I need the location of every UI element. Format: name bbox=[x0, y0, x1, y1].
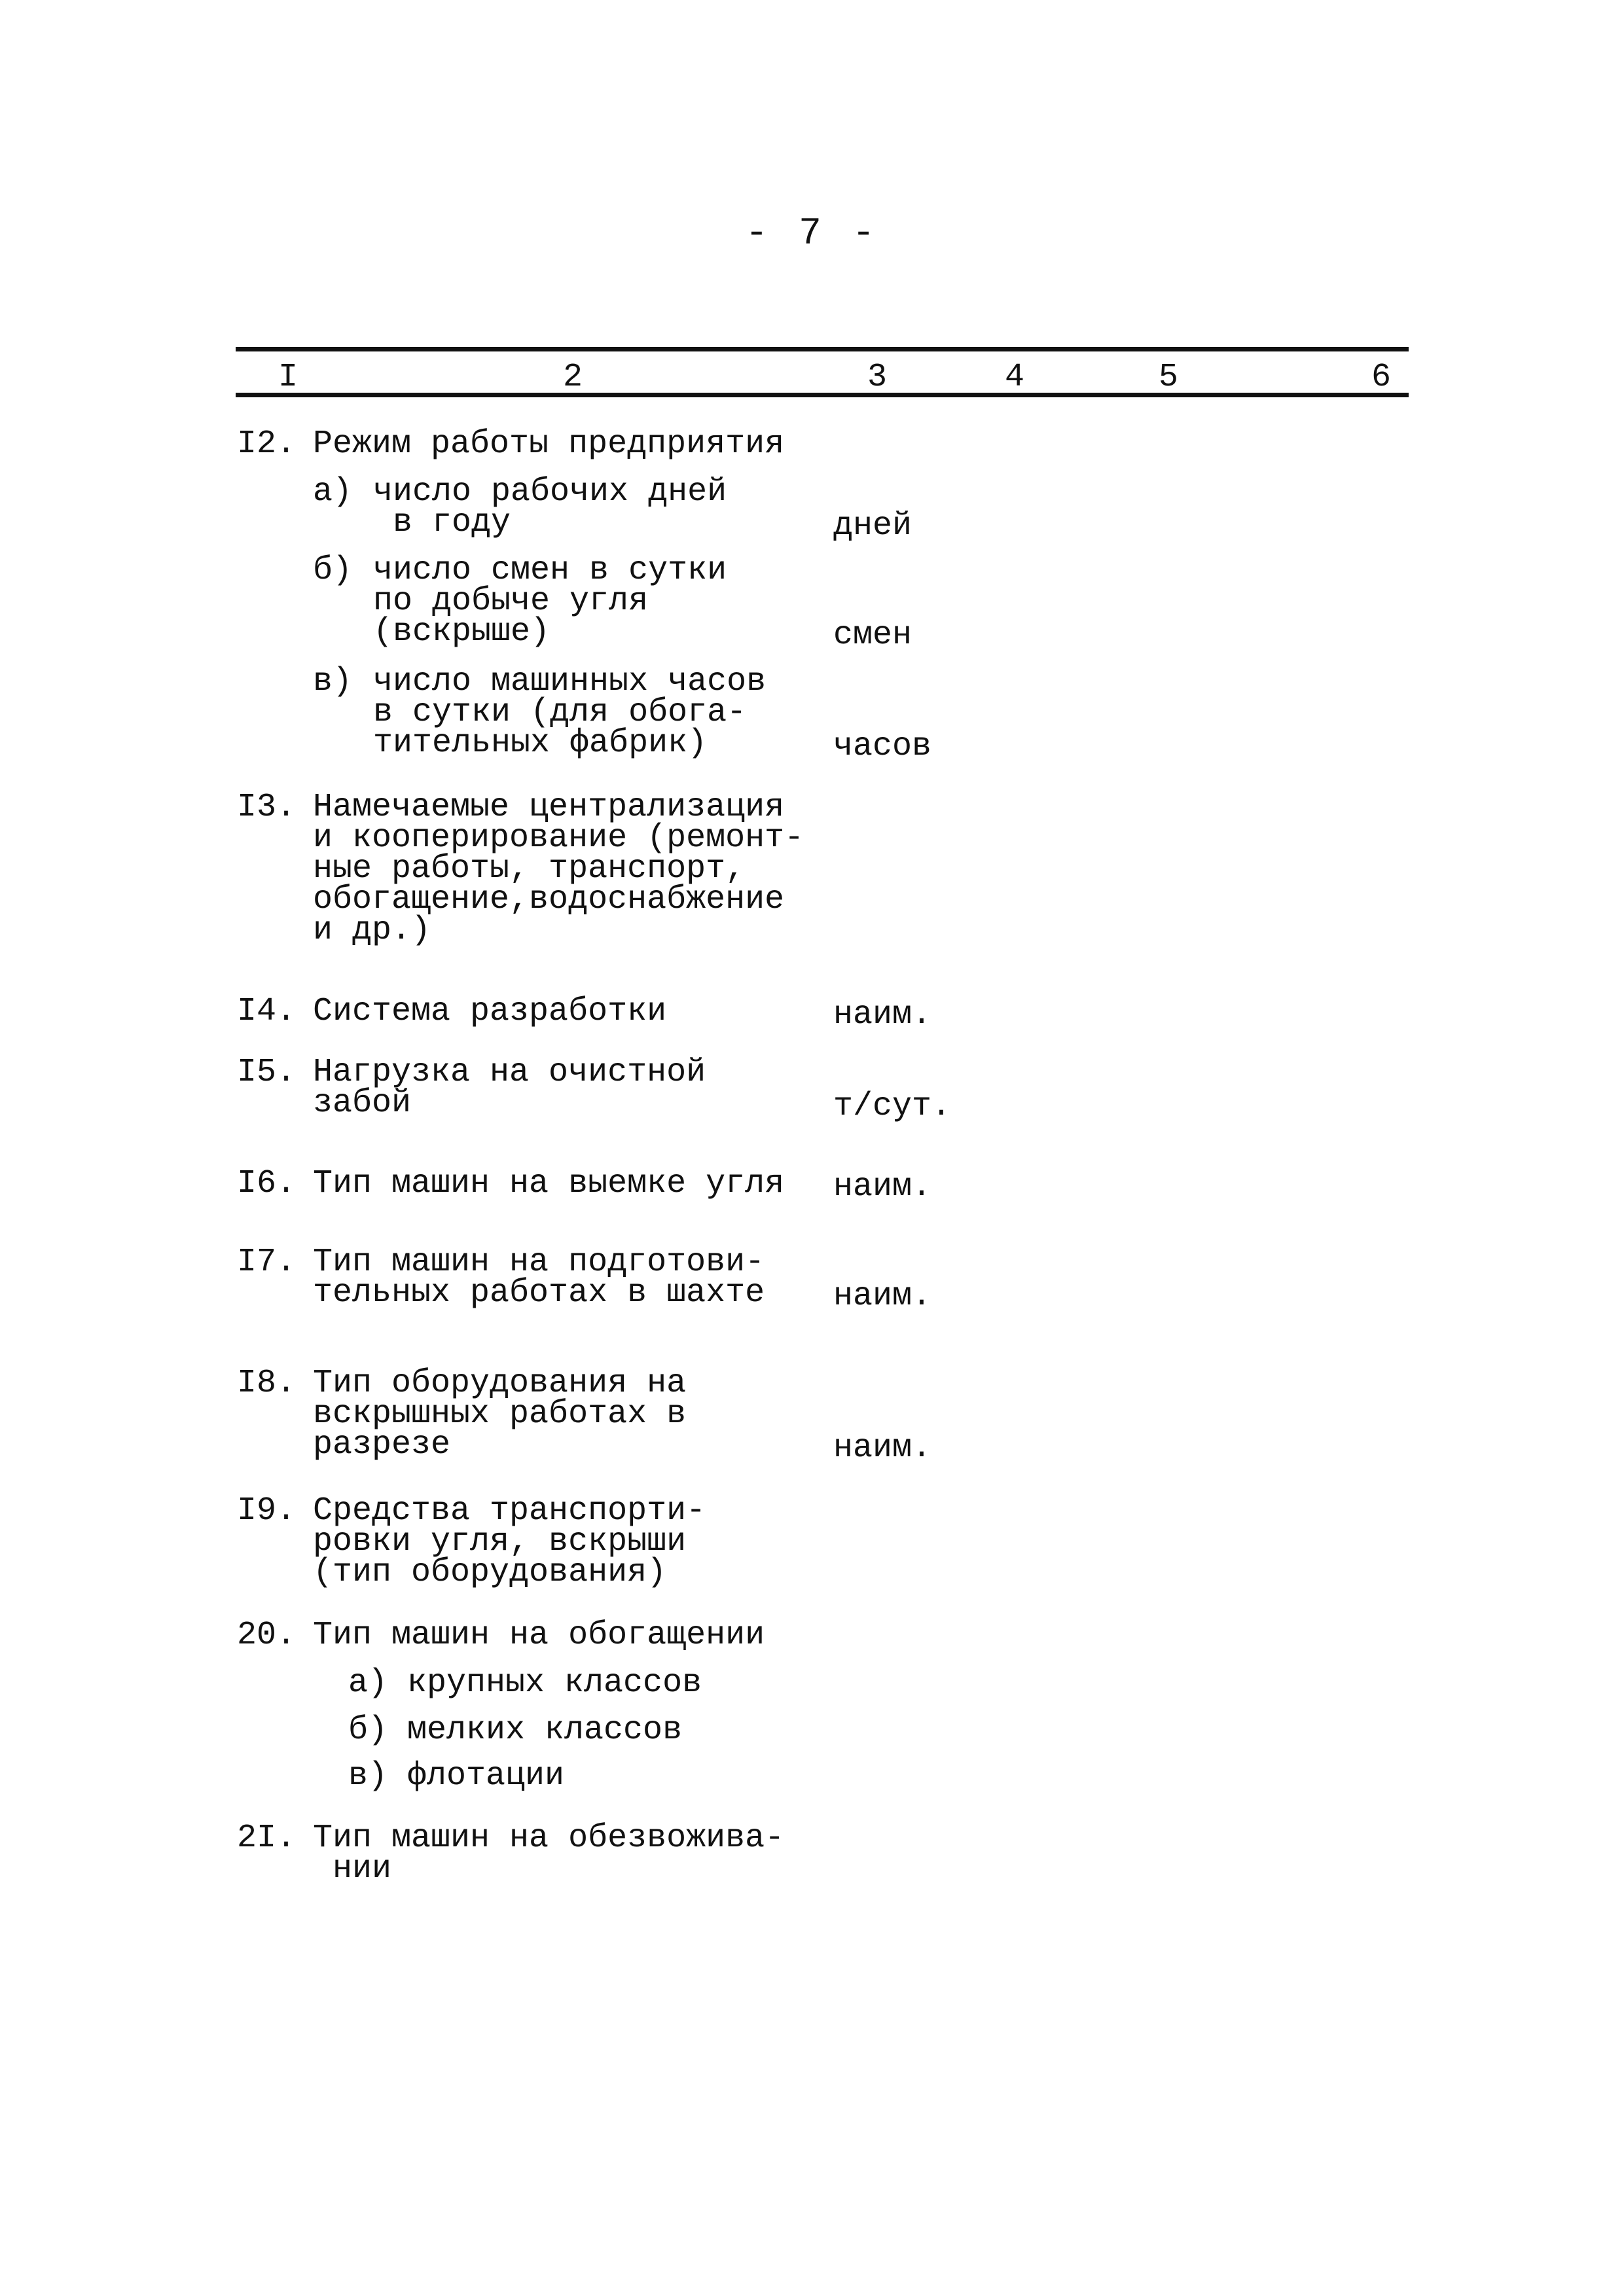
item-number: I9. bbox=[237, 1496, 296, 1526]
table-header-bottom-rule bbox=[236, 393, 1409, 397]
sub-item-text-line: число рабочих дней bbox=[373, 476, 727, 507]
item-text-line: Система разработки bbox=[313, 996, 666, 1027]
item-number: I3. bbox=[237, 792, 296, 823]
sub-item-text-line: число машинных часов bbox=[373, 666, 766, 697]
sub-item-label: а) bbox=[348, 1668, 388, 1698]
item-number: I5. bbox=[237, 1057, 296, 1088]
item-text-line: и др.) bbox=[313, 915, 431, 946]
item-text-line: забой bbox=[313, 1088, 411, 1119]
item-text-line: Тип машин на выемке угля bbox=[313, 1168, 784, 1199]
item-text-line: тельных работах в шахте bbox=[313, 1278, 765, 1308]
unit-label: наим. bbox=[833, 1278, 931, 1315]
sub-item-text-line: в году bbox=[373, 507, 511, 538]
column-header-1: I bbox=[278, 359, 298, 396]
sub-item-label: в) bbox=[348, 1761, 388, 1791]
sub-item-label: б) bbox=[313, 555, 352, 586]
unit-label: дней bbox=[833, 507, 912, 545]
item-number: I4. bbox=[237, 996, 296, 1027]
item-text-line: ровки угля, вскрыши bbox=[313, 1526, 686, 1557]
column-header-5: 5 bbox=[1159, 359, 1178, 396]
sub-item-text-line: в сутки (для обога- bbox=[373, 697, 746, 728]
unit-label: смен bbox=[833, 617, 912, 654]
item-text-line: Тип оборудования на bbox=[313, 1368, 686, 1399]
item-number: I8. bbox=[237, 1368, 296, 1399]
unit-label: часов bbox=[833, 728, 931, 765]
unit-label: наим. bbox=[833, 1168, 931, 1206]
sub-item-label: в) bbox=[313, 666, 352, 697]
item-number: I2. bbox=[237, 429, 296, 459]
unit-label: наим. bbox=[833, 996, 931, 1033]
sub-item-text-line: число смен в сутки bbox=[373, 555, 727, 586]
column-header-2: 2 bbox=[563, 359, 583, 396]
item-text-line: и кооперирование (ремонт- bbox=[313, 823, 804, 853]
item-text-line: разрезе bbox=[313, 1429, 450, 1460]
item-text-line: Намечаемые централизация bbox=[313, 792, 784, 823]
table-header-top-rule bbox=[236, 347, 1409, 351]
item-text-line: Средства транспорти- bbox=[313, 1496, 706, 1526]
sub-item-text-line: мелких классов bbox=[407, 1715, 682, 1746]
column-header-6: 6 bbox=[1371, 359, 1391, 396]
item-number: 20. bbox=[237, 1620, 296, 1651]
sub-item-label: а) bbox=[313, 476, 352, 507]
item-text-line: Тип машин на подготови- bbox=[313, 1247, 765, 1278]
column-header-3: 3 bbox=[867, 359, 887, 396]
page-number: - 7 - bbox=[0, 213, 1624, 255]
sub-item-label: б) bbox=[348, 1715, 388, 1746]
unit-label: т/сут. bbox=[833, 1088, 951, 1125]
item-text-line: вскрышных работах в bbox=[313, 1399, 686, 1429]
sub-item-text-line: крупных классов bbox=[407, 1668, 702, 1698]
item-number: I7. bbox=[237, 1247, 296, 1278]
sub-item-text-line: тительных фабрик) bbox=[373, 728, 707, 759]
item-text-line: ные работы, транспорт, bbox=[313, 853, 745, 884]
sub-item-text-line: флотации bbox=[407, 1761, 564, 1791]
item-text-line: Тип машин на обезвожива- bbox=[313, 1823, 784, 1854]
sub-item-text-line: (вскрыше) bbox=[373, 617, 550, 647]
sub-item-text-line: по добыче угля bbox=[373, 586, 648, 617]
item-text-line: обогащение,водоснабжение bbox=[313, 884, 784, 915]
item-number: I6. bbox=[237, 1168, 296, 1199]
item-text-line: нии bbox=[313, 1854, 391, 1884]
item-number: 2I. bbox=[237, 1823, 296, 1854]
item-text-line: (тип оборудования) bbox=[313, 1557, 666, 1588]
column-header-4: 4 bbox=[1005, 359, 1024, 396]
unit-label: наим. bbox=[833, 1429, 931, 1467]
item-text-line: Режим работы предприятия bbox=[313, 429, 784, 459]
item-text-line: Нагрузка на очистной bbox=[313, 1057, 706, 1088]
item-text-line: Тип машин на обогащении bbox=[313, 1620, 765, 1651]
